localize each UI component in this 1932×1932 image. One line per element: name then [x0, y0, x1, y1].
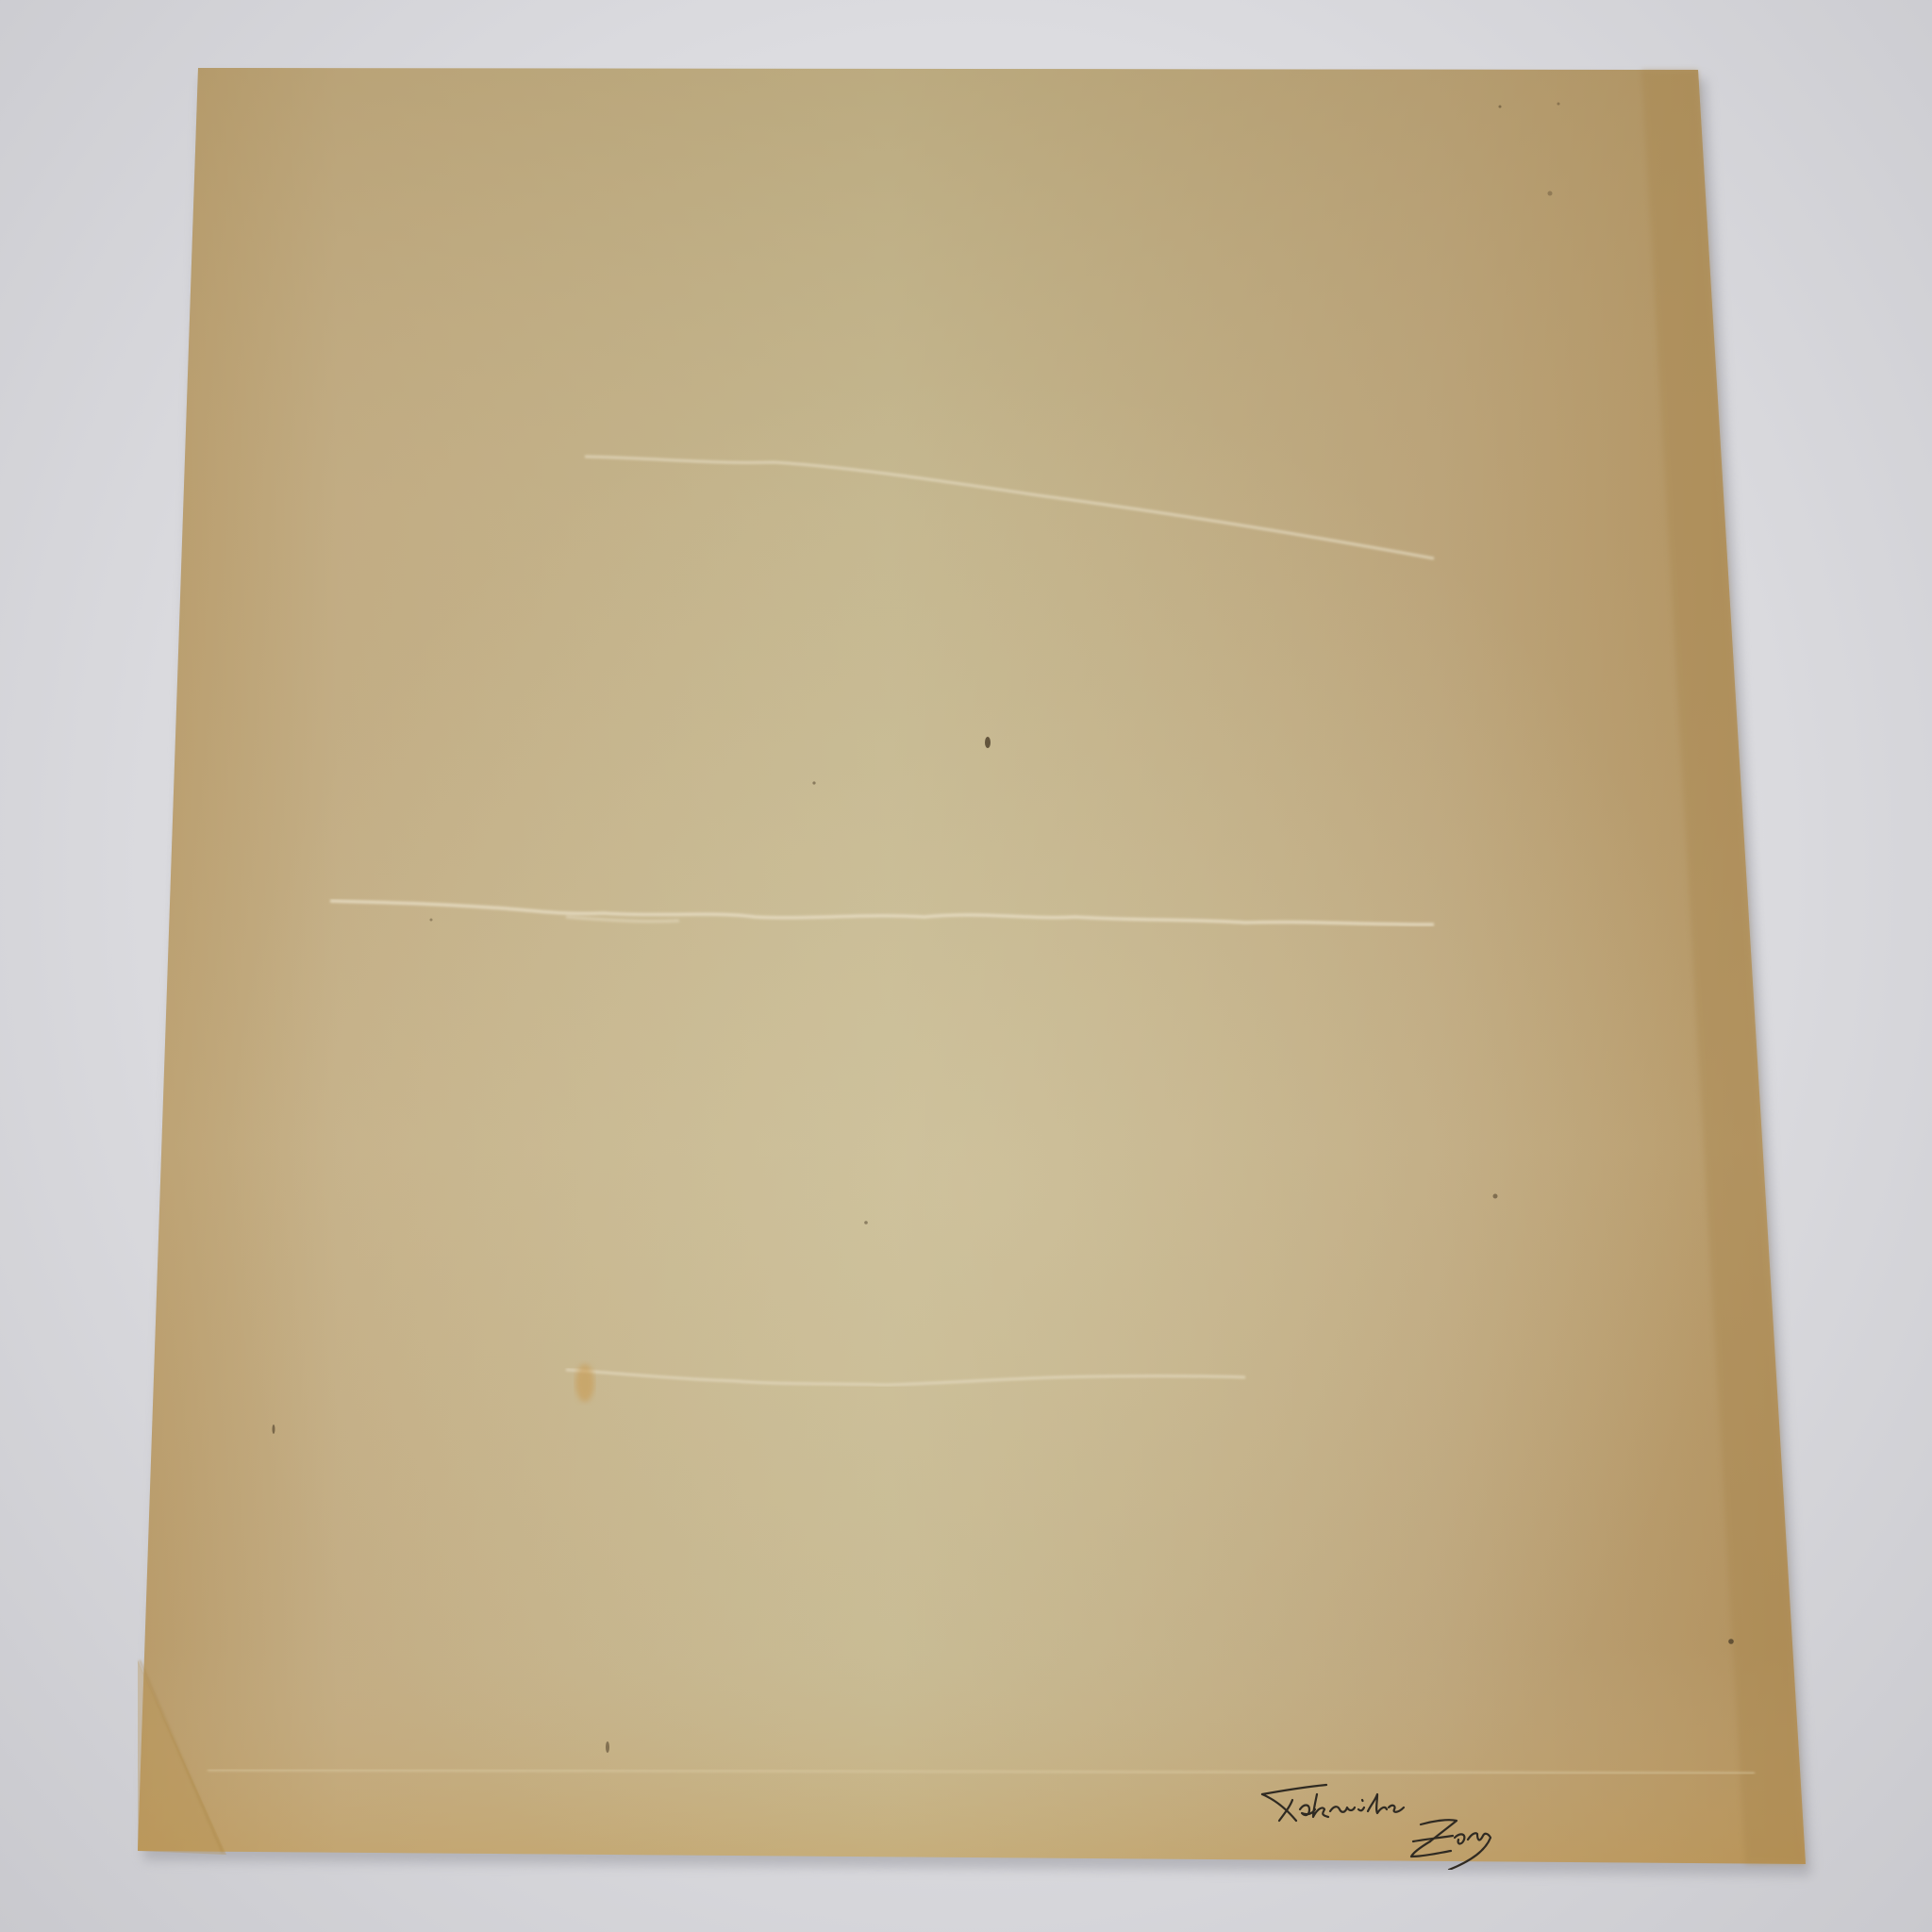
- paper-sheet: [0, 0, 1932, 1932]
- stain: [575, 1364, 594, 1402]
